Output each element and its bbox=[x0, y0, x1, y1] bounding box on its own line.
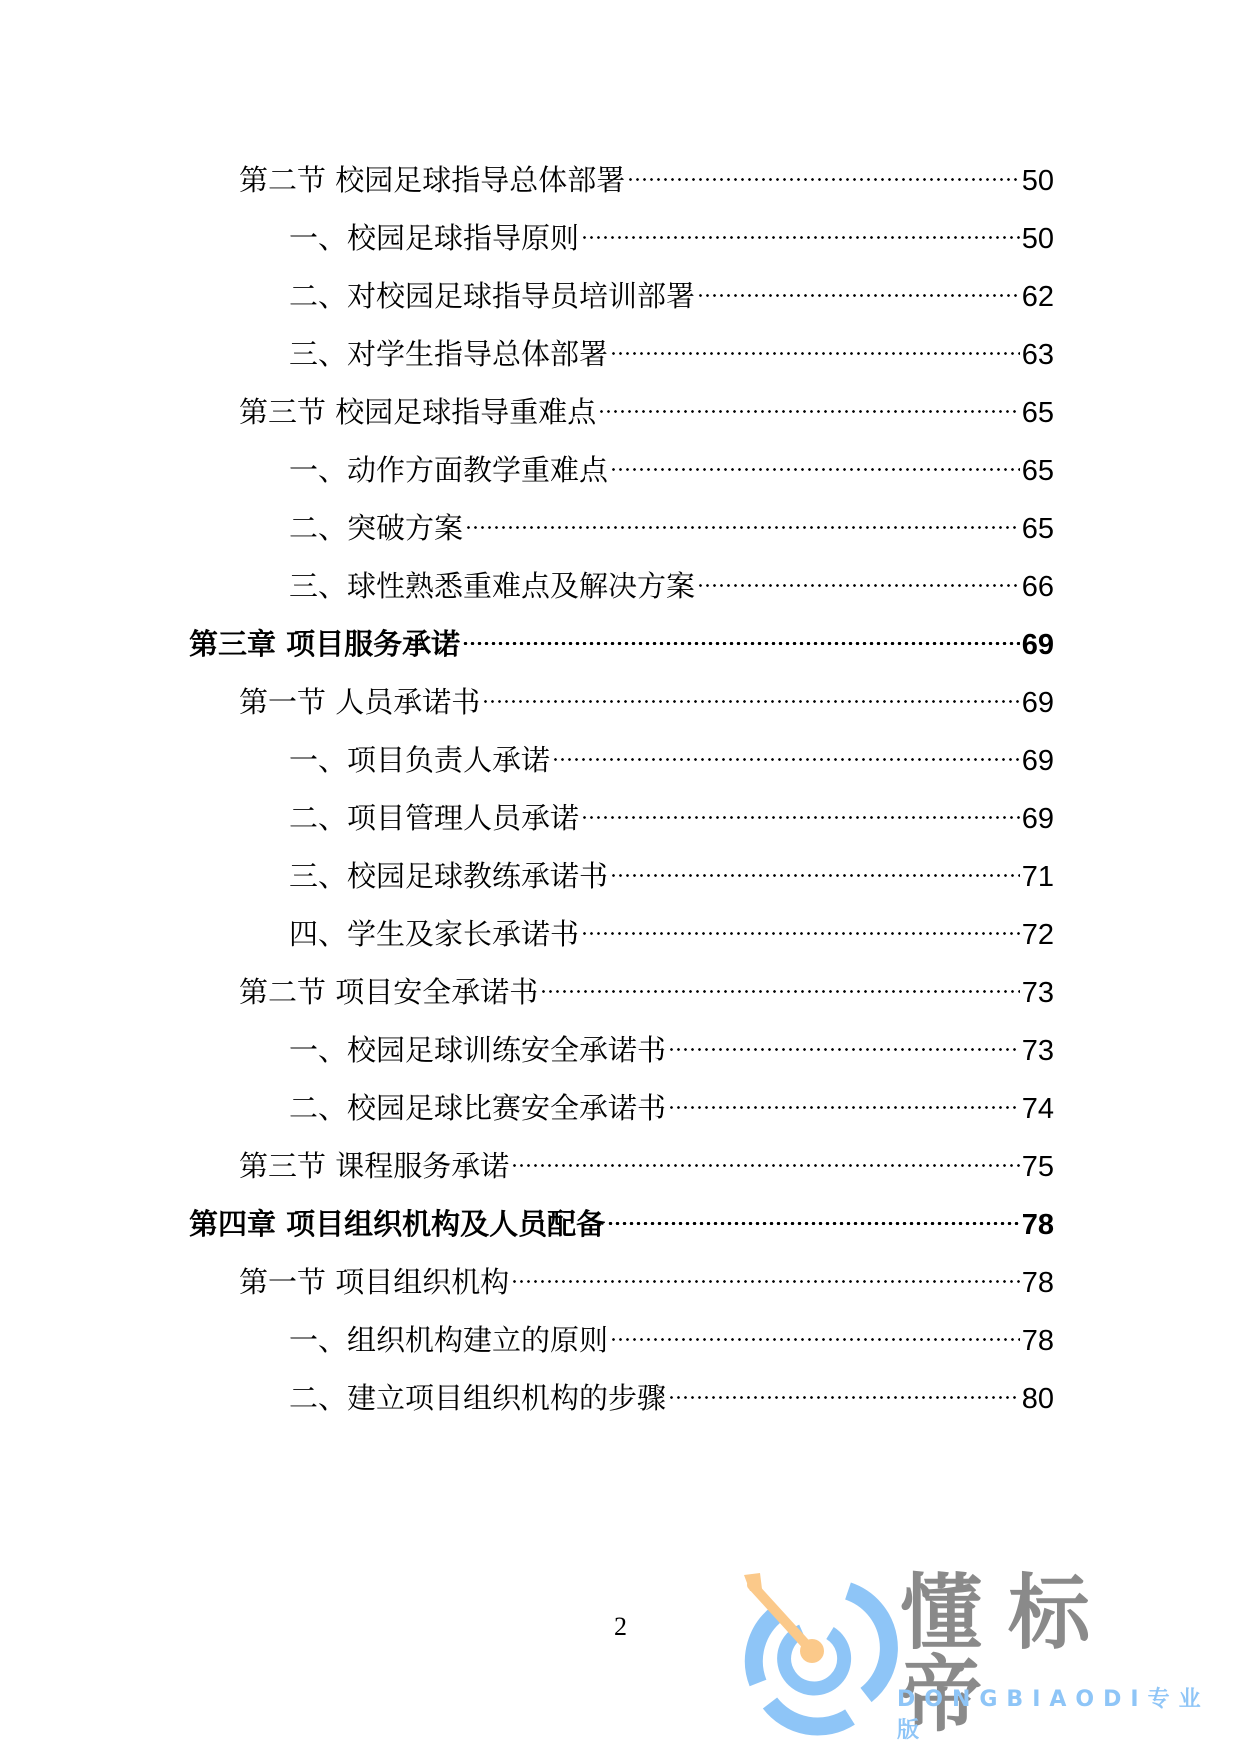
toc-title: 三、校园足球教练承诺书 bbox=[289, 856, 608, 896]
toc-entry[interactable]: 一、组织机构建立的原则78 bbox=[289, 1310, 1054, 1350]
dot-leader bbox=[511, 1252, 1020, 1292]
toc-page: 75 bbox=[1022, 1147, 1054, 1187]
toc-entry[interactable]: 第二节 校园足球指导总体部署50 bbox=[239, 150, 1054, 190]
dot-leader bbox=[462, 614, 1020, 654]
toc-title: 二、建立项目组织机构的步骤 bbox=[289, 1378, 666, 1418]
toc-entry[interactable]: 二、校园足球比赛安全承诺书74 bbox=[289, 1078, 1054, 1118]
toc-entry[interactable]: 第三节 校园足球指导重难点65 bbox=[239, 382, 1054, 422]
toc-entry[interactable]: 一、校园足球指导原则50 bbox=[289, 208, 1054, 248]
toc-title: 一、校园足球训练安全承诺书 bbox=[289, 1030, 666, 1070]
toc-page: 74 bbox=[1022, 1089, 1054, 1129]
dot-leader bbox=[581, 208, 1020, 248]
toc-title: 四、学生及家长承诺书 bbox=[289, 914, 579, 954]
toc-page: 78 bbox=[1022, 1205, 1054, 1245]
toc-entry[interactable]: 二、对校园足球指导员培训部署62 bbox=[289, 266, 1054, 306]
dot-leader bbox=[697, 556, 1020, 596]
dot-leader bbox=[607, 1194, 1020, 1234]
toc-page: 73 bbox=[1022, 1031, 1054, 1071]
toc-page: 80 bbox=[1022, 1379, 1054, 1419]
dot-leader bbox=[610, 846, 1020, 886]
toc-page: 65 bbox=[1022, 393, 1054, 433]
dot-leader bbox=[610, 1310, 1020, 1350]
toc-title: 第三章 项目服务承诺 bbox=[189, 624, 460, 664]
toc-entry[interactable]: 一、动作方面教学重难点65 bbox=[289, 440, 1054, 480]
toc-page: 66 bbox=[1022, 567, 1054, 607]
toc-title: 第二节 校园足球指导总体部署 bbox=[239, 160, 625, 200]
toc-entry[interactable]: 三、校园足球教练承诺书71 bbox=[289, 846, 1054, 886]
toc-page: 65 bbox=[1022, 451, 1054, 491]
toc-page: 50 bbox=[1022, 161, 1054, 201]
toc-title: 一、校园足球指导原则 bbox=[289, 218, 579, 258]
dot-leader bbox=[697, 266, 1020, 306]
toc-page: 63 bbox=[1022, 335, 1054, 375]
toc-page: 69 bbox=[1022, 683, 1054, 723]
dot-leader bbox=[610, 440, 1020, 480]
toc-page: 78 bbox=[1022, 1263, 1054, 1303]
dot-leader bbox=[610, 324, 1020, 364]
toc-page: 50 bbox=[1022, 219, 1054, 259]
toc-title: 三、对学生指导总体部署 bbox=[289, 334, 608, 374]
toc-entry[interactable]: 一、校园足球训练安全承诺书73 bbox=[289, 1020, 1054, 1060]
toc-title: 二、突破方案 bbox=[289, 508, 463, 548]
toc-page: 69 bbox=[1022, 741, 1054, 781]
toc-title: 第一节 人员承诺书 bbox=[239, 682, 480, 722]
toc-title: 第一节 项目组织机构 bbox=[239, 1262, 509, 1302]
toc-entry[interactable]: 三、球性熟悉重难点及解决方案66 bbox=[289, 556, 1054, 596]
toc-title: 第三节 校园足球指导重难点 bbox=[239, 392, 596, 432]
toc-entry[interactable]: 第一节 人员承诺书69 bbox=[239, 672, 1054, 712]
toc-page: 72 bbox=[1022, 915, 1054, 955]
toc-entry[interactable]: 四、学生及家长承诺书72 bbox=[289, 904, 1054, 944]
dot-leader bbox=[598, 382, 1020, 422]
toc-page: 65 bbox=[1022, 509, 1054, 549]
toc-page: 73 bbox=[1022, 973, 1054, 1013]
dot-leader bbox=[668, 1020, 1020, 1060]
toc-entry-chapter[interactable]: 第三章 项目服务承诺69 bbox=[189, 614, 1054, 654]
toc-entry[interactable]: 第一节 项目组织机构78 bbox=[239, 1252, 1054, 1292]
dot-leader bbox=[581, 904, 1020, 944]
toc-entry[interactable]: 第二节 项目安全承诺书73 bbox=[239, 962, 1054, 1002]
dot-leader bbox=[552, 730, 1020, 770]
toc-title: 三、球性熟悉重难点及解决方案 bbox=[289, 566, 695, 606]
toc-entry[interactable]: 二、突破方案65 bbox=[289, 498, 1054, 538]
toc-page: 71 bbox=[1022, 857, 1054, 897]
toc-page: 69 bbox=[1022, 799, 1054, 839]
dot-leader bbox=[668, 1368, 1020, 1408]
toc-title: 第四章 项目组织机构及人员配备 bbox=[189, 1204, 605, 1244]
toc-page: 69 bbox=[1022, 625, 1054, 665]
toc-page: 62 bbox=[1022, 277, 1054, 317]
dot-leader bbox=[668, 1078, 1020, 1118]
toc-entry-chapter[interactable]: 第四章 项目组织机构及人员配备78 bbox=[189, 1194, 1054, 1234]
toc-title: 一、组织机构建立的原则 bbox=[289, 1320, 608, 1360]
dot-leader bbox=[540, 962, 1020, 1002]
toc-page: 78 bbox=[1022, 1321, 1054, 1361]
watermark: 懂标帝 DONGBIAODI专业版 bbox=[740, 1545, 1220, 1754]
toc-title: 一、项目负责人承诺 bbox=[289, 740, 550, 780]
toc-entry[interactable]: 第三节 课程服务承诺75 bbox=[239, 1136, 1054, 1176]
dot-leader bbox=[511, 1136, 1020, 1176]
toc-entry[interactable]: 二、建立项目组织机构的步骤80 bbox=[289, 1368, 1054, 1408]
dot-leader bbox=[465, 498, 1020, 538]
toc-title: 二、校园足球比赛安全承诺书 bbox=[289, 1088, 666, 1128]
toc-title: 第三节 课程服务承诺 bbox=[239, 1146, 509, 1186]
toc-entry[interactable]: 一、项目负责人承诺69 bbox=[289, 730, 1054, 770]
dot-leader bbox=[581, 788, 1020, 828]
toc-title: 二、对校园足球指导员培训部署 bbox=[289, 276, 695, 316]
toc-title: 一、动作方面教学重难点 bbox=[289, 450, 608, 490]
toc-title: 第二节 项目安全承诺书 bbox=[239, 972, 538, 1012]
target-arrow-icon bbox=[740, 1545, 900, 1754]
dot-leader bbox=[627, 150, 1020, 190]
toc-entry[interactable]: 三、对学生指导总体部署63 bbox=[289, 324, 1054, 364]
dot-leader bbox=[482, 672, 1020, 712]
toc-entry[interactable]: 二、项目管理人员承诺69 bbox=[289, 788, 1054, 828]
toc-title: 二、项目管理人员承诺 bbox=[289, 798, 579, 838]
watermark-subtitle: DONGBIAODI专业版 bbox=[897, 1682, 1220, 1744]
